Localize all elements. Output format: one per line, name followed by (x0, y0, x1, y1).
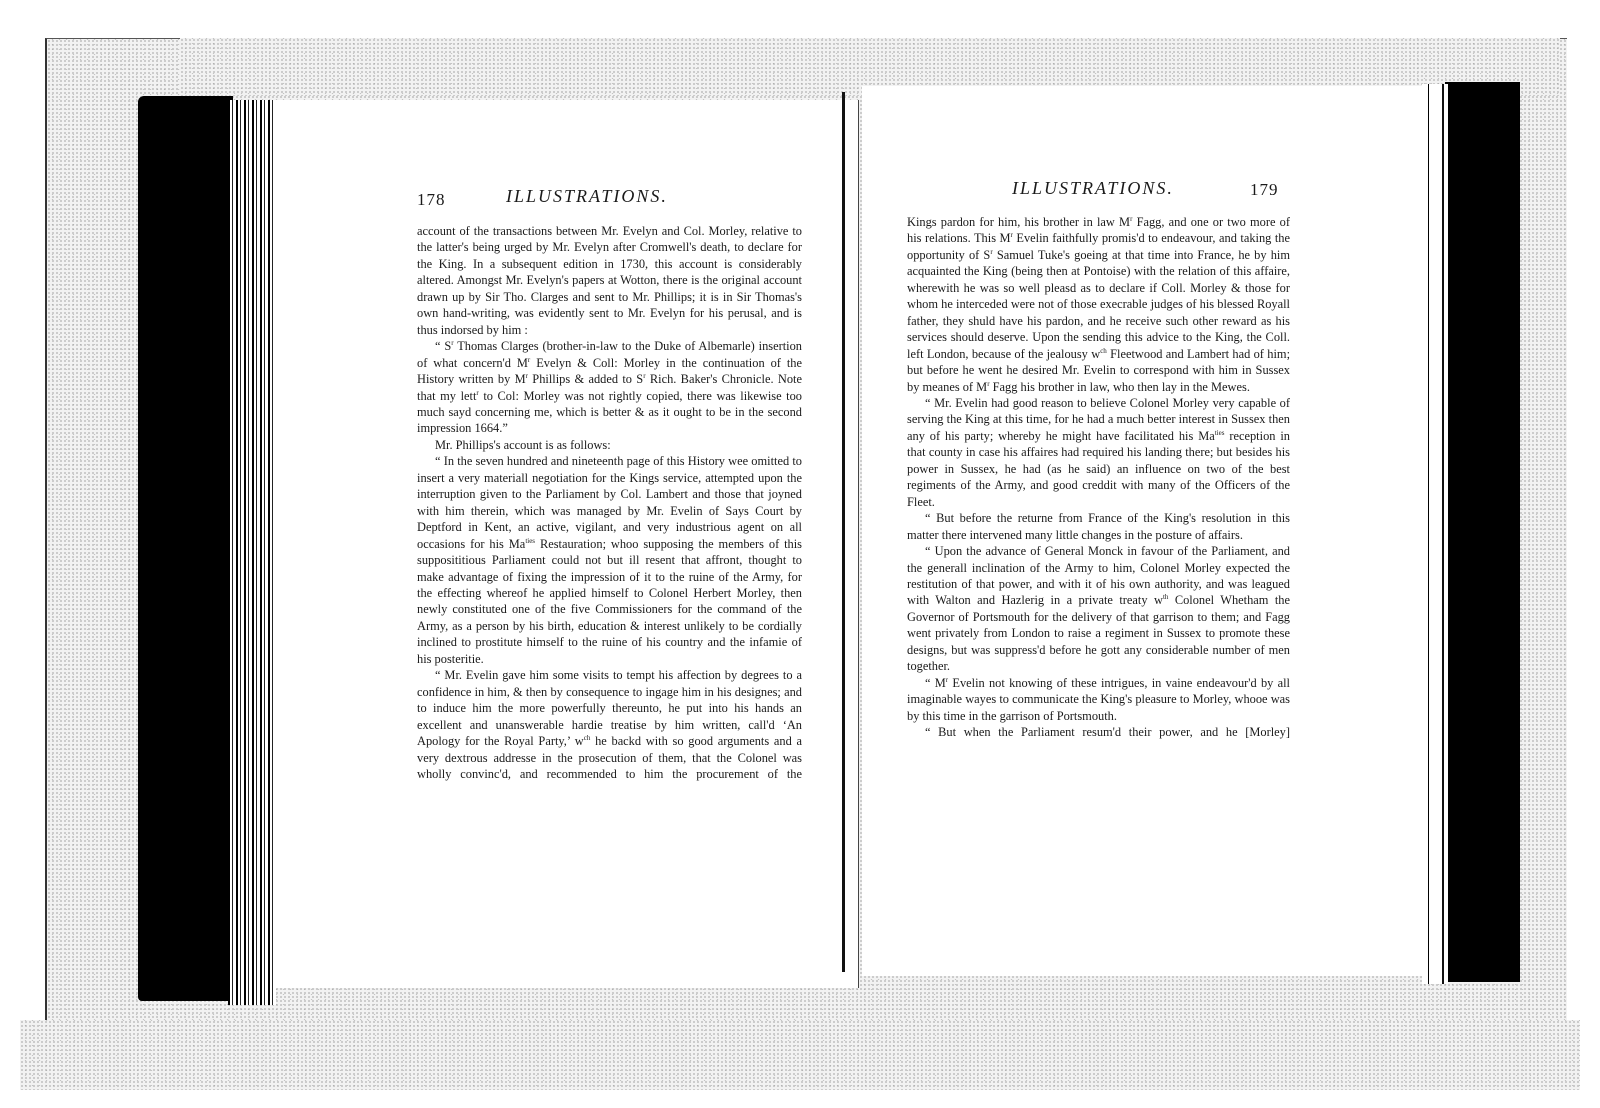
paragraph: “ In the seven hundred and nineteenth pa… (417, 453, 802, 667)
left-page-body: account of the transactions between Mr. … (417, 223, 802, 782)
paragraph: Kings pardon for him, his brother in law… (907, 214, 1290, 395)
right-cover (1445, 82, 1520, 982)
paragraph: account of the transactions between Mr. … (417, 223, 802, 338)
left-page-edges (228, 100, 276, 1005)
left-cover (138, 96, 233, 1001)
paragraph: “ Sr Thomas Clarges (brother-in-law to t… (417, 338, 802, 437)
right-page-edges (1422, 84, 1448, 984)
paragraph: “ Mr. Evelin gave him some visits to tem… (417, 667, 802, 782)
right-running-title: ILLUSTRATIONS. (1012, 178, 1174, 199)
book-spine (842, 92, 845, 972)
left-running-title: ILLUSTRATIONS. (506, 186, 668, 207)
paragraph: Mr. Phillips's account is as follows: (417, 437, 802, 453)
right-page-body: Kings pardon for him, his brother in law… (907, 214, 1290, 741)
paragraph: “ But before the returne from France of … (907, 510, 1290, 543)
margin (250, 0, 1600, 38)
paragraph: “ Upon the advance of General Monck in f… (907, 543, 1290, 675)
paragraph: “ Mr Evelin not knowing of these intrigu… (907, 675, 1290, 724)
left-page-number: 178 (417, 190, 446, 210)
paragraph: “ Mr. Evelin had good reason to believe … (907, 395, 1290, 510)
book-bottom-edge (20, 1020, 1580, 1090)
paragraph: “ But when the Parliament resum'd their … (907, 724, 1290, 740)
right-page-number: 179 (1250, 180, 1279, 200)
